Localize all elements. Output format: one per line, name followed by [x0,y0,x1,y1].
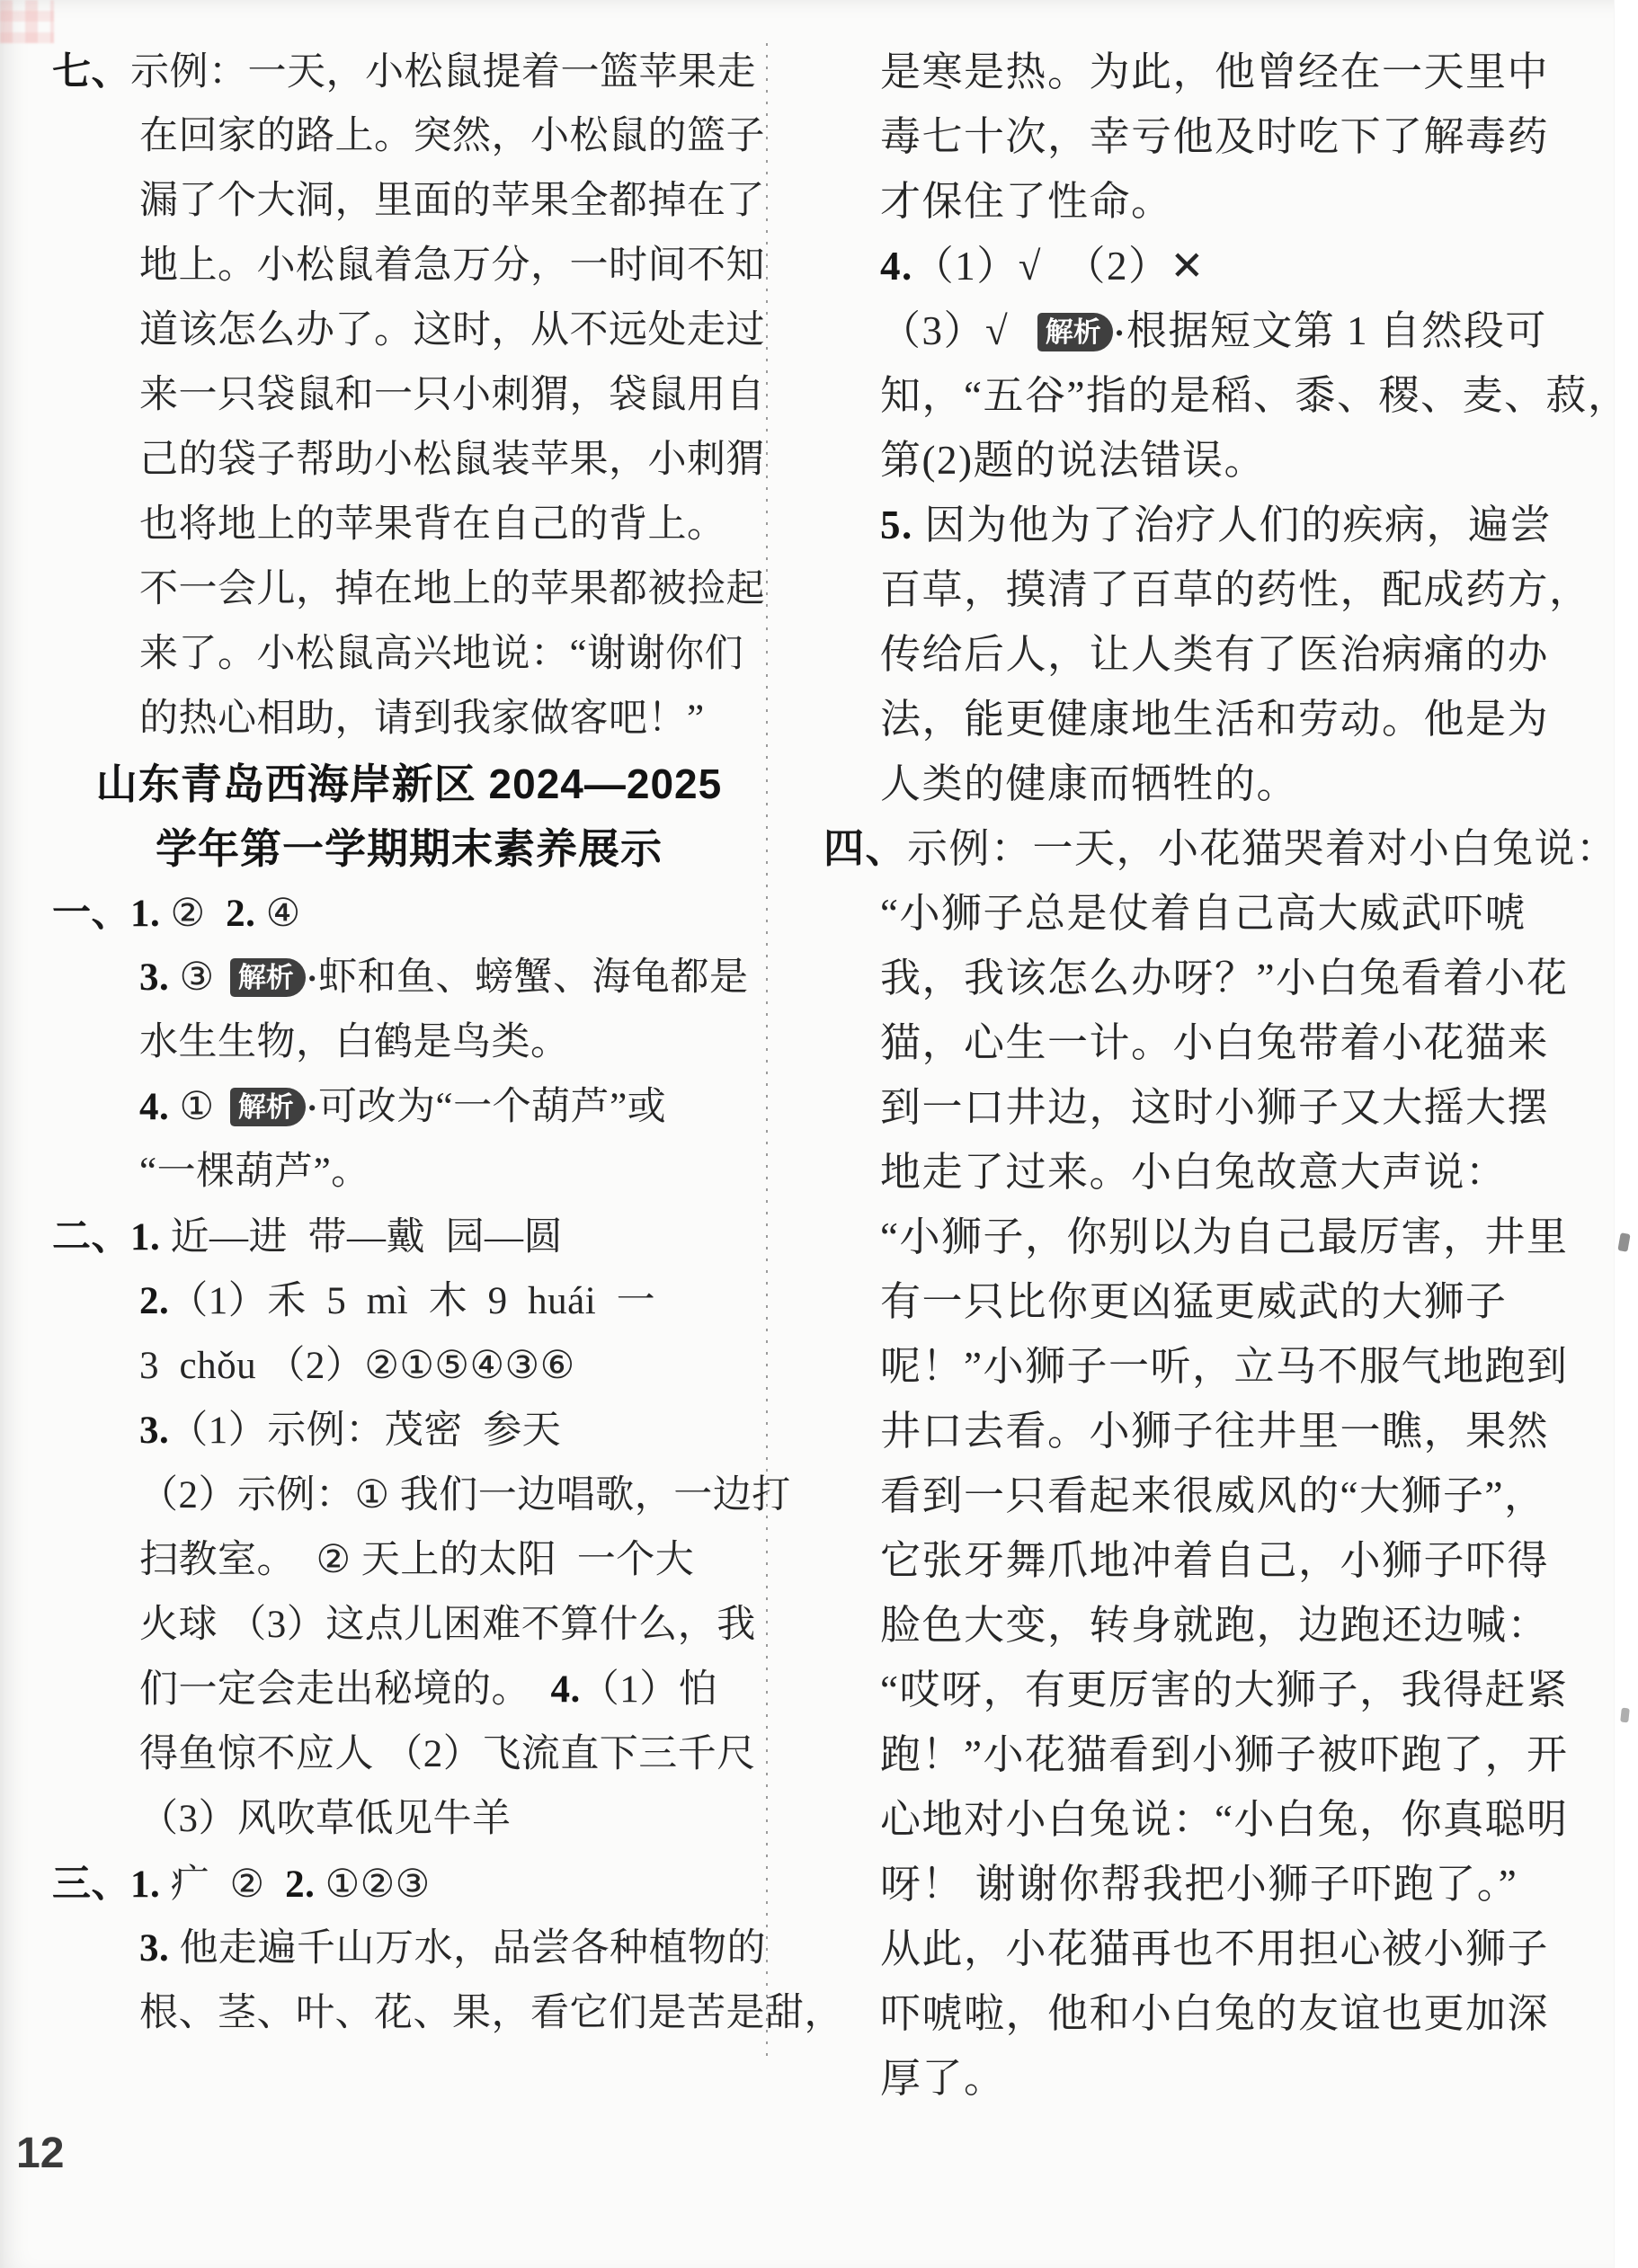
badge-dot: · [1114,315,1126,352]
item-number: 1. [130,893,160,935]
text-line: 5. 因为他为了治疗人们的疾病，遍尝 [823,493,1615,557]
jiexi-analysis-badge: 解析 [1037,313,1113,351]
answer-text: 呀！ 谢谢你帮我把小狮子吓跑了。” [880,1862,1518,1907]
text-line: “一棵葫芦”。 [52,1140,766,1205]
left-column: 七、示例：一天，小松鼠提着一篮苹果走在回家的路上。突然，小松鼠的篮子漏了个大洞，… [52,40,766,2046]
scan-artifact-mark [1620,1708,1630,1723]
text-line: 根、茎、叶、花、果，看它们是苦是甜， [52,1981,766,2046]
text-line: 道该怎么办了。这时，从不远处走过 [52,298,766,363]
item-number: 4. [880,244,913,289]
page-right-edge [1614,0,1638,2268]
jiexi-analysis-badge: 解析 [230,958,306,997]
section-marker: 二、 [52,1215,130,1259]
answer-text: （1）禾 5 mì 木 9 huái 一 [169,1280,655,1322]
text-line: （3）风吹草低见牛羊 [52,1787,766,1852]
answer-text: 地走了过来。小白兔故意大声说： [880,1150,1508,1195]
text-line: 己的袋子帮助小松鼠装苹果，小刺猬 [52,428,766,493]
answer-text: 第(2)题的说法错误。 [880,438,1266,483]
answer-text: 示例：一天，小花猫哭着对小白兔说： [907,826,1618,871]
answer-text: ①②③ [315,1863,430,1906]
text-line: 3 chǒu （2）②①⑤④③⑥ [52,1334,766,1399]
answer-text: 我，我该怎么办呀？”小白兔看着小花 [880,956,1568,1001]
answer-text: 有一只比你更凶猛更威武的大狮子 [880,1279,1508,1324]
text-line: 第(2)题的说法错误。 [823,428,1615,493]
text-line: 3. ③ 解析·虾和鱼、螃蟹、海龟都是 [52,946,766,1010]
answer-text: “小狮子总是仗着自己高大威武吓唬 [880,891,1527,936]
answer-text: 法，能更健康地生活和劳动。他是为 [880,697,1549,742]
answer-text: （1）示例：茂密 参天 [169,1410,561,1452]
text-line: 跑！”小花猫看到小狮子被吓跑了，开 [823,1722,1615,1787]
text-line: 四、示例：一天，小花猫哭着对小白兔说： [823,816,1615,881]
text-line: 吓唬啦，他和小白兔的友谊也更加深 [823,1981,1615,2046]
answer-text: ② [160,893,226,935]
answer-text: 跑！”小花猫看到小狮子被吓跑了，开 [880,1732,1568,1777]
answer-text: 它张牙舞爪地冲着自己，小狮子吓得 [880,1538,1549,1583]
text-line: 来了。小松鼠高兴地说：“谢谢你们 [52,622,766,687]
text-line: 呀！ 谢谢你帮我把小狮子吓跑了。” [823,1852,1615,1917]
answer-text: “小狮子，你别以为自己最厉害，井里 [880,1214,1568,1259]
text-line: 井口去看。小狮子往井里一瞧，果然 [823,1399,1615,1463]
answer-text: （1）√ （2）✕ [913,244,1206,289]
text-line: 得鱼惊不应人 （2）飞流直下三千尺 [52,1722,766,1787]
section-marker: 三、 [52,1863,130,1906]
text-line: 它张牙舞爪地冲着自己，小狮子吓得 [823,1528,1615,1593]
answer-text: 不一会儿，掉在地上的苹果都被捡起 [139,568,765,610]
answer-text: 得鱼惊不应人 （2）飞流直下三千尺 [139,1733,756,1775]
answer-text: （1）怕 [581,1668,718,1711]
answer-text: 近—进 带—戴 园—圆 [160,1216,563,1259]
text-line: 有一只比你更凶猛更威武的大狮子 [823,1269,1615,1334]
answer-text: （2）示例：① 我们一边唱歌，一边打 [139,1474,791,1516]
answer-text: “哎呀，有更厉害的大狮子，我得赶紧 [880,1668,1568,1712]
answer-text: 从此，小花猫再也不用担心被小狮子 [880,1926,1549,1971]
text-line: 水生生物，白鹤是鸟类。 [52,1010,766,1075]
text-line: 地走了过来。小白兔故意大声说： [823,1140,1615,1205]
answer-text: 猫，心生一计。小白兔带着小花猫来 [880,1020,1549,1065]
jiexi-analysis-badge: 解析 [230,1088,306,1126]
answer-text: 己的袋子帮助小松鼠装苹果，小刺猬 [139,439,765,481]
answer-text: 疒 ② [160,1863,285,1906]
text-line: 知，“五谷”指的是稻、黍、稷、麦、菽，所以 [823,363,1615,428]
item-number: 2. [285,1863,315,1906]
text-line: 4.（1）√ （2）✕ [823,234,1615,298]
text-line: 3. 他走遍千山万水，品尝各种植物的 [52,1917,766,1981]
answer-text: ① [169,1086,225,1128]
answer-text: 在回家的路上。突然，小松鼠的篮子 [139,115,765,157]
scan-artifact-corner [0,0,54,43]
answer-text: 示例：一天，小松鼠提着一篮苹果走 [130,51,756,93]
section-marker: 四、 [823,825,907,871]
answer-text: 吓唬啦，他和小白兔的友谊也更加深 [880,1991,1549,2036]
text-line: 一、1. ② 2. ④ [52,881,766,946]
answer-text: ④ [255,893,300,935]
text-line: 猫，心生一计。小白兔带着小花猫来 [823,1010,1615,1075]
text-line: 也将地上的苹果背在自己的背上。 [52,493,766,557]
answer-text: 是寒是热。为此，他曾经在一天里中 [880,49,1549,94]
text-line: 3.（1）示例：茂密 参天 [52,1399,766,1463]
badge-dot: · [307,1090,318,1127]
text-line: 才保住了性命。 [823,169,1615,234]
item-number: 3. [139,1410,169,1452]
answer-page: 七、示例：一天，小松鼠提着一篮苹果走在回家的路上。突然，小松鼠的篮子漏了个大洞，… [0,0,1638,2268]
answer-text: 火球 （3）这点儿困难不算什么，我 [139,1604,756,1646]
answer-text: 根据短文第 1 自然段可 [1126,308,1547,353]
text-line: 厚了。 [823,2046,1615,2111]
answer-text: 的热心相助，请到我家做客吧！” [139,698,705,740]
text-line: 来一只袋鼠和一只小刺猬，袋鼠用自 [52,363,766,428]
text-line: “哎呀，有更厉害的大狮子，我得赶紧 [823,1658,1615,1722]
text-line: 们一定会走出秘境的。 4.（1）怕 [52,1658,766,1722]
text-line: 是寒是热。为此，他曾经在一天里中 [823,40,1615,104]
item-number: 2. [226,893,255,935]
item-number: 4. [551,1668,581,1711]
answer-text: 可改为“一个葫芦”或 [318,1086,666,1128]
answer-text: 来了。小松鼠高兴地说：“谢谢你们 [139,633,743,675]
item-number: 3. [139,1927,169,1970]
answer-text: 来一只袋鼠和一只小刺猬，袋鼠用自 [139,374,765,416]
answer-text: 们一定会走出秘境的。 [139,1668,551,1711]
text-line: 七、示例：一天，小松鼠提着一篮苹果走 [52,40,766,104]
answer-text: 根、茎、叶、花、果，看它们是苦是甜， [139,1992,843,2034]
text-line: 二、1. 近—进 带—戴 园—圆 [52,1205,766,1269]
answer-text: 厚了。 [880,2056,1006,2101]
exam-title-line: 学年第一学期期末素养展示 [52,816,766,881]
answer-text: 知，“五谷”指的是稻、黍、稷、麦、菽，所以 [880,373,1638,418]
text-line: 百草，摸清了百草的药性，配成药方， [823,557,1615,622]
text-line: 脸色大变，转身就跑，边跑还边喊： [823,1593,1615,1658]
text-line: 地上。小松鼠着急万分，一时间不知 [52,234,766,298]
text-line: 三、1. 疒 ② 2. ①②③ [52,1852,766,1917]
answer-text: 地上。小松鼠着急万分，一时间不知 [139,245,765,287]
text-line: 人类的健康而牺牲的。 [823,752,1615,816]
text-line: 火球 （3）这点儿困难不算什么，我 [52,1593,766,1658]
answer-text: 漏了个大洞，里面的苹果全都掉在了 [139,180,765,222]
text-line: （3）√ 解析·根据短文第 1 自然段可 [823,298,1615,363]
text-line: 传给后人，让人类有了医治病痛的办 [823,622,1615,687]
text-line: 毒七十次，幸亏他及时吃下了解毒药 [823,104,1615,169]
answer-text: 毒七十次，幸亏他及时吃下了解毒药 [880,114,1549,159]
item-number: 2. [139,1280,169,1322]
answer-text: 看到一只看起来很威风的“大狮子”， [880,1473,1545,1518]
text-line: 心地对小白兔说：“小白兔，你真聪明 [823,1787,1615,1852]
answer-text: 因为他为了治疗人们的疾病，遍尝 [913,503,1552,547]
item-number: 3. [139,956,169,999]
text-line: 看到一只看起来很威风的“大狮子”， [823,1463,1615,1528]
item-number: 5. [880,503,913,547]
text-line: 不一会儿，掉在地上的苹果都被捡起 [52,557,766,622]
answer-text: 他走遍千山万水，品尝各种植物的 [169,1927,766,1970]
section-marker: 一、 [52,892,130,935]
answer-text: （3）风吹草低见牛羊 [139,1798,512,1840]
text-line: 到一口井边，这时小狮子又大摇大摆 [823,1075,1615,1140]
answer-text: 心地对小白兔说：“小白兔，你真聪明 [880,1797,1568,1842]
item-number: 1. [130,1216,160,1259]
text-line: 4. ① 解析·可改为“一个葫芦”或 [52,1075,766,1140]
item-number: 1. [130,1863,160,1906]
text-line: “小狮子总是仗着自己高大威武吓唬 [823,881,1615,946]
answer-text: 人类的健康而牺牲的。 [880,761,1298,806]
page-number: 12 [16,2129,64,2178]
answer-text: 虾和鱼、螃蟹、海龟都是 [318,956,749,999]
answer-text: “一棵葫芦”。 [139,1151,370,1193]
text-line: “小狮子，你别以为自己最厉害，井里 [823,1205,1615,1269]
text-line: 在回家的路上。突然，小松鼠的篮子 [52,104,766,169]
text-line: 呢！”小狮子一听，立马不服气地跑到 [823,1334,1615,1399]
text-line: 从此，小花猫再也不用担心被小狮子 [823,1917,1615,1981]
text-line: 法，能更健康地生活和劳动。他是为 [823,687,1615,752]
answer-text: 也将地上的苹果背在自己的背上。 [139,503,726,546]
column-divider [766,43,768,2064]
answer-text: 才保住了性命。 [880,179,1173,224]
answer-text: 井口去看。小狮子往井里一瞧，果然 [880,1409,1549,1454]
answer-text: 脸色大变，转身就跑，边跑还边喊： [880,1603,1549,1648]
section-marker: 七、 [52,50,130,93]
answer-text: 3 chǒu （2）②①⑤④③⑥ [139,1345,575,1387]
answer-text: 传给后人，让人类有了医治病痛的办 [880,632,1549,677]
badge-dot: · [307,960,318,998]
answer-text: 到一口井边，这时小狮子又大摇大摆 [880,1085,1549,1130]
answer-text: ③ [169,956,225,999]
answer-text: （3）√ [880,308,1032,353]
text-line: 漏了个大洞，里面的苹果全都掉在了 [52,169,766,234]
text-line: 扫教室。 ② 天上的太阳 一个大 [52,1528,766,1593]
exam-title-line: 山东青岛西海岸新区 2024—2025 [52,752,766,816]
right-column: 是寒是热。为此，他曾经在一天里中毒七十次，幸亏他及时吃下了解毒药才保住了性命。4… [823,40,1615,2111]
text-line: （2）示例：① 我们一边唱歌，一边打 [52,1463,766,1528]
answer-text: 百草，摸清了百草的药性，配成药方， [880,567,1591,612]
text-line: 我，我该怎么办呀？”小白兔看着小花 [823,946,1615,1010]
text-line: 的热心相助，请到我家做客吧！” [52,687,766,752]
answer-text: 扫教室。 ② 天上的太阳 一个大 [139,1539,694,1581]
answer-text: 呢！”小狮子一听，立马不服气地跑到 [880,1344,1568,1389]
text-line: 2.（1）禾 5 mì 木 9 huái 一 [52,1269,766,1334]
item-number: 4. [139,1086,169,1128]
answer-text: 道该怎么办了。这时，从不远处走过 [139,309,765,351]
answer-text: 水生生物，白鹤是鸟类。 [139,1021,570,1063]
